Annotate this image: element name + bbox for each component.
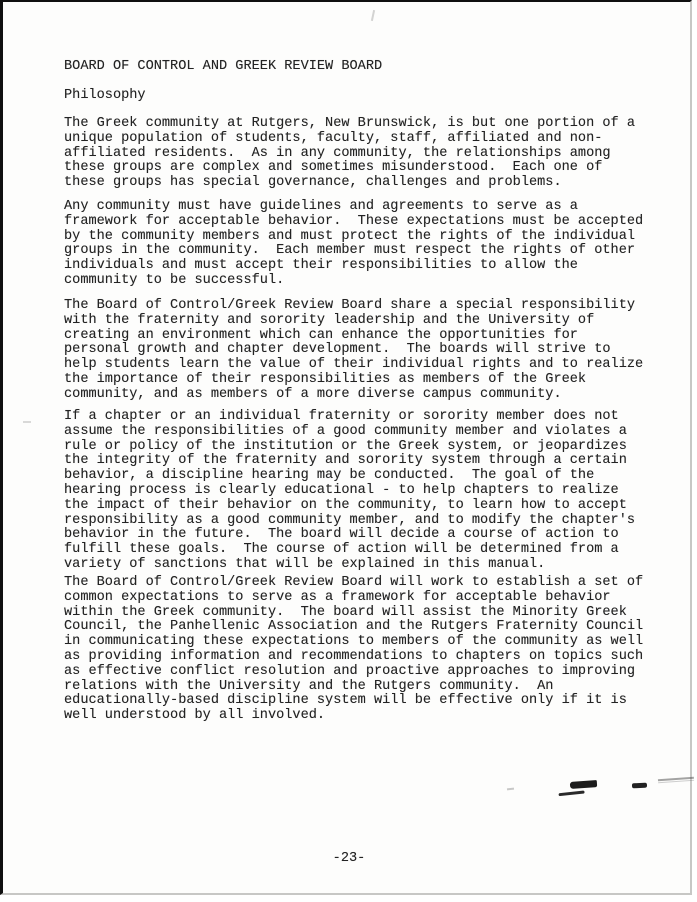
page-number: -23- (3, 852, 695, 867)
paragraph-2: Any community must have guidelines and a… (64, 200, 643, 289)
section-heading-philosophy: Philosophy (64, 89, 146, 104)
faint-speck (507, 788, 514, 791)
paragraph-4: If a chapter or an individual fraternity… (64, 410, 635, 573)
scan-artifact-left (23, 421, 31, 423)
document-title: BOARD OF CONTROL AND GREEK REVIEW BOARD (64, 60, 382, 75)
paragraph-5: The Board of Control/Greek Review Board … (64, 576, 643, 724)
paragraph-1: The Greek community at Rutgers, New Brun… (64, 117, 635, 191)
ink-smudge-dash (632, 783, 647, 789)
ink-smudge-mark (570, 780, 597, 789)
scan-artifact-top (371, 10, 375, 21)
paragraph-3: The Board of Control/Greek Review Board … (64, 299, 643, 403)
scanned-document-page: BOARD OF CONTROL AND GREEK REVIEW BOARD … (0, 0, 692, 895)
faint-pencil-marks (658, 777, 694, 784)
